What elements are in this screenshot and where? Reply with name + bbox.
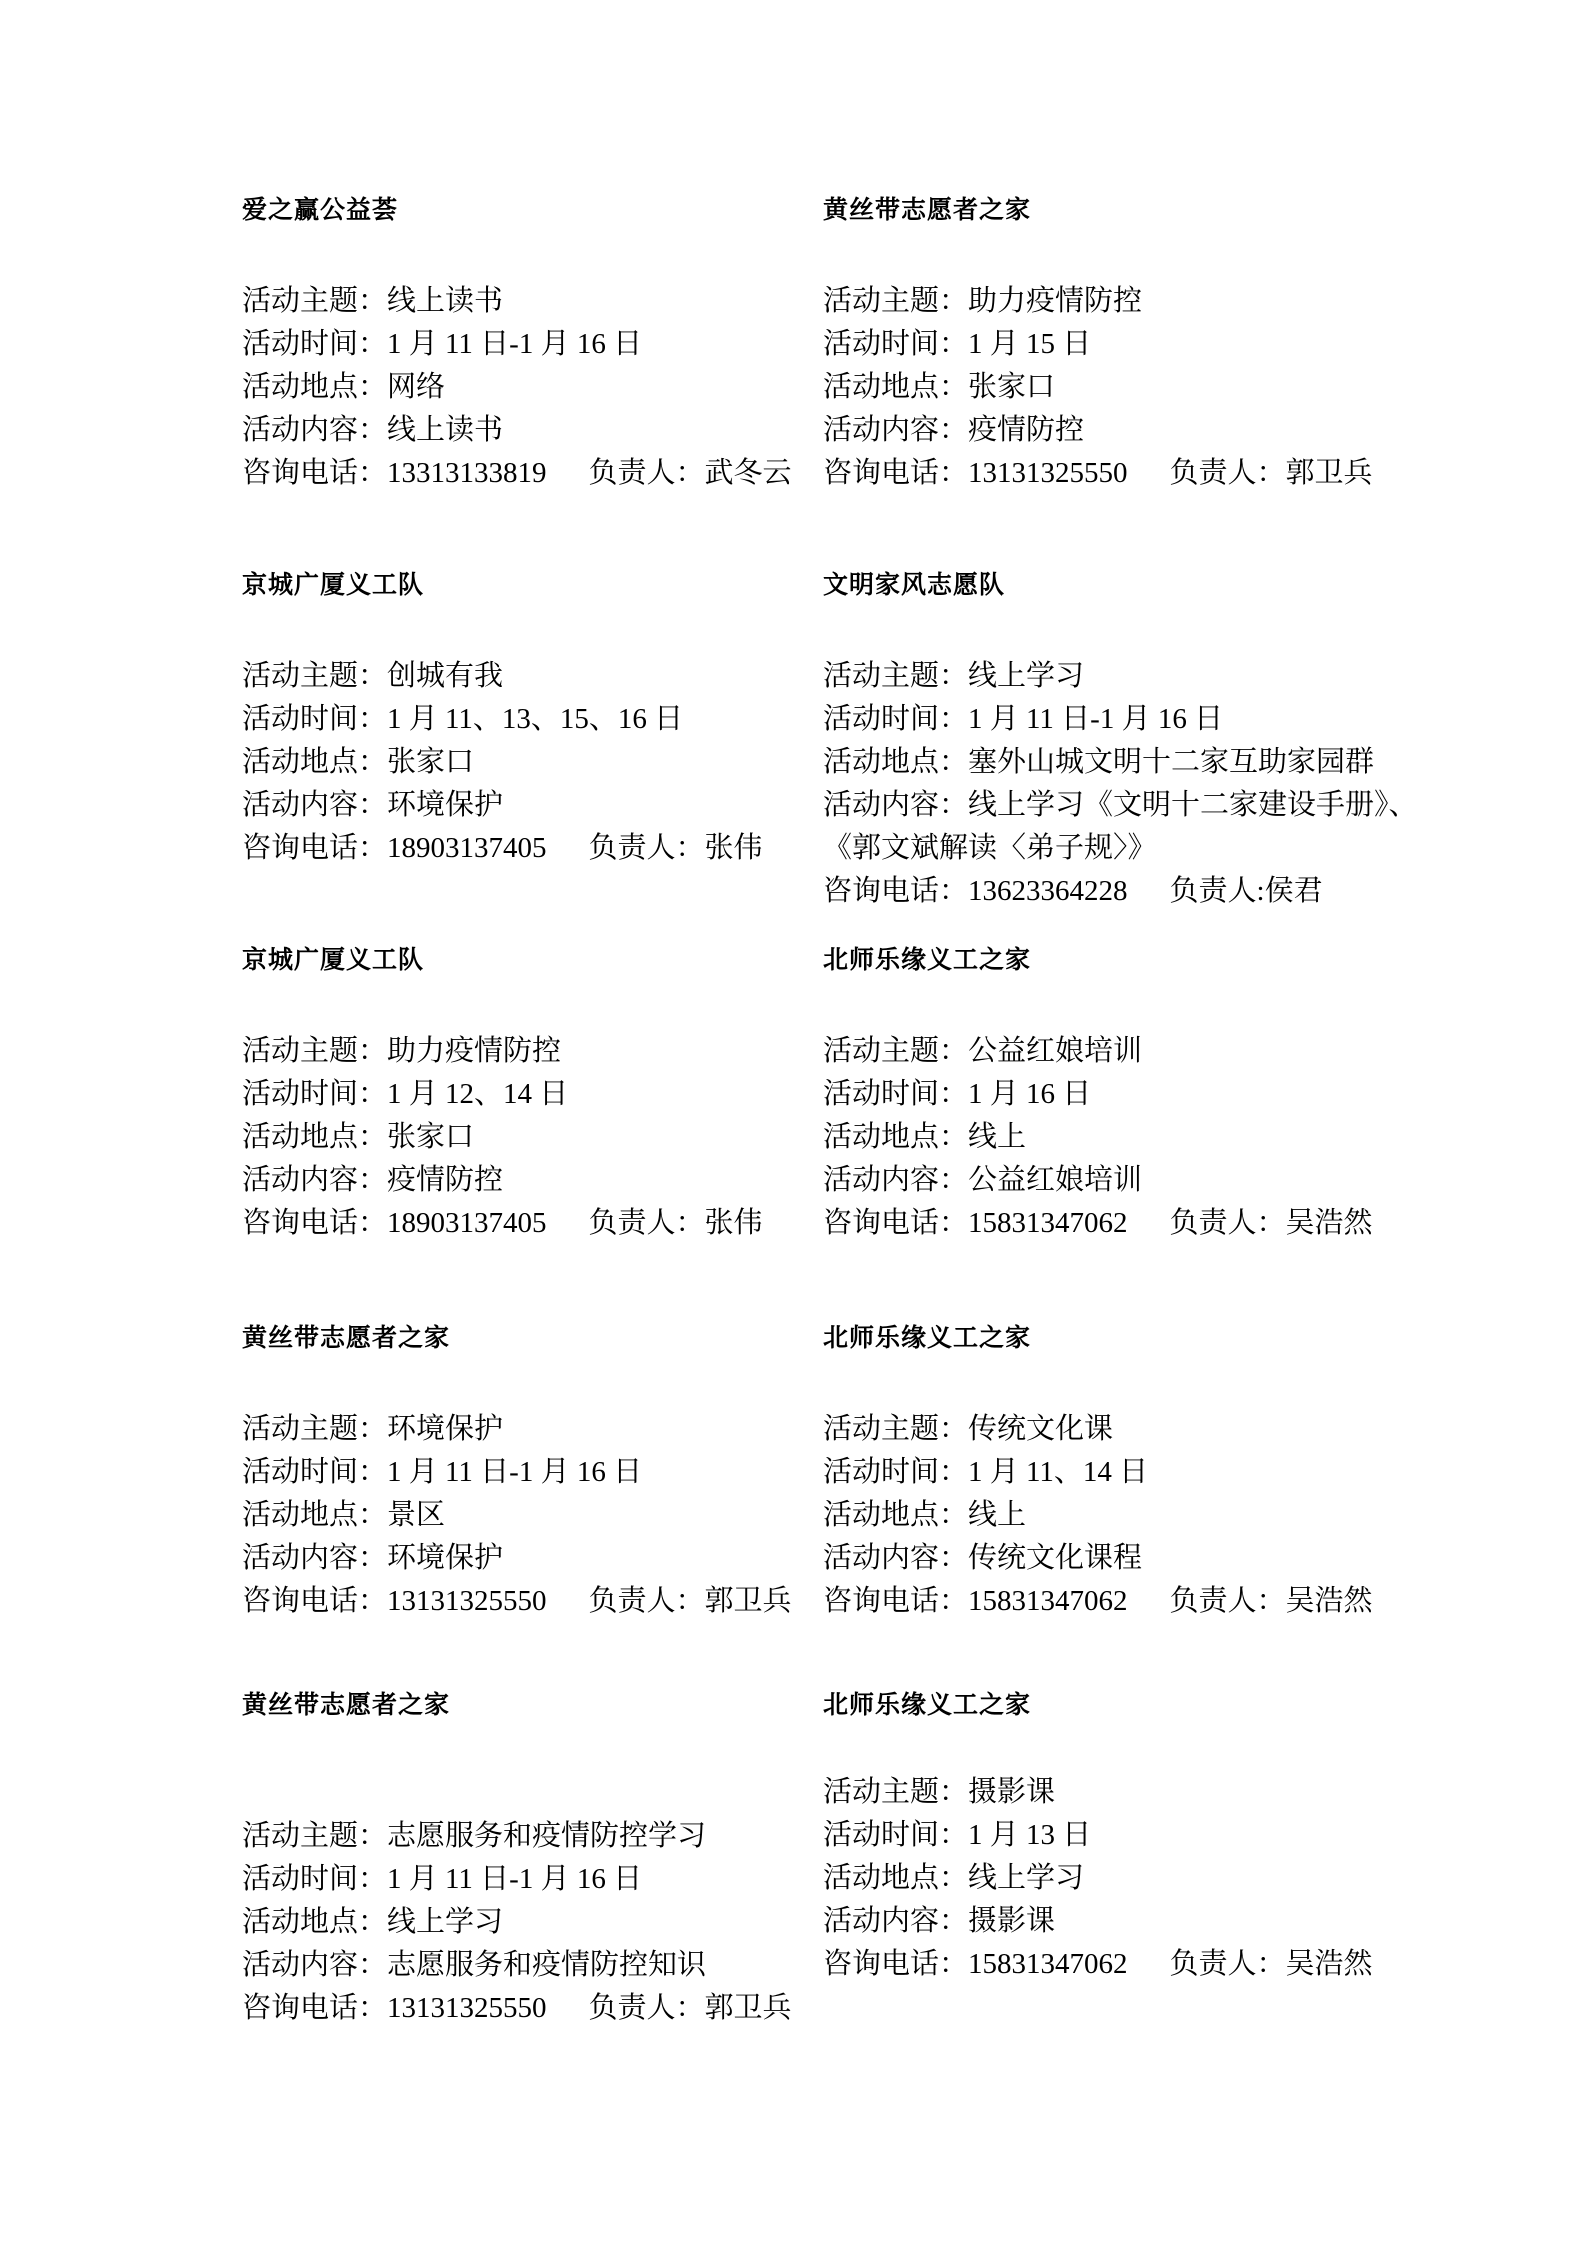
place-line: 活动地点：线上学习 — [823, 1857, 1463, 1900]
content-line: 活动内容：志愿服务和疫情防控知识 — [242, 1944, 882, 1987]
activity-block: 北师乐缘义工之家 活动主题：公益红娘培训 活动时间：1 月 16 日 活动地点：… — [823, 940, 1463, 1245]
activity-block: 爱之赢公益荟 活动主题：线上读书 活动时间：1 月 11 日-1 月 16 日 … — [242, 190, 882, 495]
org-title: 黄丝带志愿者之家 — [242, 1318, 882, 1360]
phone-line: 咨询电话：15831347062 负责人：吴浩然 — [823, 1580, 1463, 1623]
theme-line: 活动主题：助力疫情防控 — [242, 1030, 882, 1073]
manager-name: 负责人：张伟 — [589, 827, 763, 870]
time-line: 活动时间：1 月 16 日 — [823, 1073, 1463, 1116]
phone-line: 咨询电话：15831347062 负责人：吴浩然 — [823, 1943, 1463, 1986]
phone-line: 咨询电话：13313133819 负责人：武冬云 — [242, 452, 882, 495]
org-title: 京城广厦义工队 — [242, 565, 882, 607]
activity-block: 京城广厦义工队 活动主题：创城有我 活动时间：1 月 11、13、15、16 日… — [242, 565, 882, 870]
content-line: 活动内容：公益红娘培训 — [823, 1159, 1463, 1202]
content-line: 活动内容：疫情防控 — [242, 1159, 882, 1202]
org-title: 京城广厦义工队 — [242, 940, 882, 982]
time-line: 活动时间：1 月 13 日 — [823, 1814, 1463, 1857]
content-line: 活动内容：摄影课 — [823, 1900, 1463, 1943]
place-line: 活动地点：线上 — [823, 1116, 1463, 1159]
place-line: 活动地点：张家口 — [242, 741, 882, 784]
phone-line: 咨询电话：13131325550 负责人：郭卫兵 — [242, 1580, 882, 1623]
activity-details: 活动主题：线上学习 活动时间：1 月 11 日-1 月 16 日 活动地点：塞外… — [823, 655, 1463, 913]
phone-number: 咨询电话：15831347062 — [823, 1943, 1128, 1986]
manager-name: 负责人:侯君 — [1170, 870, 1323, 913]
manager-name: 负责人：张伟 — [589, 1202, 763, 1245]
phone-line: 咨询电话：18903137405 负责人：张伟 — [242, 1202, 882, 1245]
phone-line: 咨询电话：18903137405 负责人：张伟 — [242, 827, 882, 870]
content-line: 活动内容：环境保护 — [242, 1537, 882, 1580]
activity-block: 黄丝带志愿者之家 活动主题：志愿服务和疫情防控学习 活动时间：1 月 11 日-… — [242, 1685, 882, 2030]
place-line: 活动地点：线上学习 — [242, 1901, 882, 1944]
activity-details: 活动主题：志愿服务和疫情防控学习 活动时间：1 月 11 日-1 月 16 日 … — [242, 1815, 882, 2030]
content-line: 活动内容：线上学习《文明十二家建设手册》、 — [823, 784, 1463, 827]
theme-line: 活动主题：线上学习 — [823, 655, 1463, 698]
manager-name: 负责人：吴浩然 — [1170, 1580, 1373, 1623]
manager-name: 负责人：郭卫兵 — [1170, 452, 1373, 495]
phone-number: 咨询电话：13131325550 — [242, 1580, 547, 1623]
place-line: 活动地点：线上 — [823, 1494, 1463, 1537]
phone-number: 咨询电话：13313133819 — [242, 452, 547, 495]
activity-details: 活动主题：创城有我 活动时间：1 月 11、13、15、16 日 活动地点：张家… — [242, 655, 882, 870]
theme-line: 活动主题：创城有我 — [242, 655, 882, 698]
content-line-continued: 《郭文斌解读〈弟子规〉》 — [823, 827, 1463, 870]
theme-line: 活动主题：传统文化课 — [823, 1408, 1463, 1451]
content-line: 活动内容：传统文化课程 — [823, 1537, 1463, 1580]
org-title: 黄丝带志愿者之家 — [823, 190, 1463, 232]
phone-line: 咨询电话：13623364228 负责人:侯君 — [823, 870, 1463, 913]
document-page: 爱之赢公益荟 活动主题：线上读书 活动时间：1 月 11 日-1 月 16 日 … — [0, 0, 1587, 2245]
activity-block: 京城广厦义工队 活动主题：助力疫情防控 活动时间：1 月 12、14 日 活动地… — [242, 940, 882, 1245]
content-line: 活动内容：环境保护 — [242, 784, 882, 827]
phone-number: 咨询电话：13131325550 — [242, 1987, 547, 2030]
phone-number: 咨询电话：18903137405 — [242, 1202, 547, 1245]
activity-details: 活动主题：传统文化课 活动时间：1 月 11、14 日 活动地点：线上 活动内容… — [823, 1408, 1463, 1623]
manager-name: 负责人：郭卫兵 — [589, 1580, 792, 1623]
activity-block: 北师乐缘义工之家 活动主题：摄影课 活动时间：1 月 13 日 活动地点：线上学… — [823, 1685, 1463, 1986]
content-line: 活动内容：线上读书 — [242, 409, 882, 452]
theme-line: 活动主题：公益红娘培训 — [823, 1030, 1463, 1073]
time-line: 活动时间：1 月 12、14 日 — [242, 1073, 882, 1116]
content-line: 活动内容：疫情防控 — [823, 409, 1463, 452]
manager-name: 负责人：武冬云 — [589, 452, 792, 495]
time-line: 活动时间：1 月 11 日-1 月 16 日 — [242, 1858, 882, 1901]
manager-name: 负责人：郭卫兵 — [589, 1987, 792, 2030]
time-line: 活动时间：1 月 11、13、15、16 日 — [242, 698, 882, 741]
phone-number: 咨询电话：18903137405 — [242, 827, 547, 870]
activity-details: 活动主题：助力疫情防控 活动时间：1 月 15 日 活动地点：张家口 活动内容：… — [823, 280, 1463, 495]
activity-details: 活动主题：线上读书 活动时间：1 月 11 日-1 月 16 日 活动地点：网络… — [242, 280, 882, 495]
phone-number: 咨询电话：15831347062 — [823, 1580, 1128, 1623]
time-line: 活动时间：1 月 11 日-1 月 16 日 — [242, 1451, 882, 1494]
phone-line: 咨询电话：13131325550 负责人：郭卫兵 — [823, 452, 1463, 495]
theme-line: 活动主题：志愿服务和疫情防控学习 — [242, 1815, 882, 1858]
place-line: 活动地点：景区 — [242, 1494, 882, 1537]
org-title: 北师乐缘义工之家 — [823, 1685, 1463, 1727]
phone-line: 咨询电话：13131325550 负责人：郭卫兵 — [242, 1987, 882, 2030]
phone-line: 咨询电话：15831347062 负责人：吴浩然 — [823, 1202, 1463, 1245]
activity-details: 活动主题：环境保护 活动时间：1 月 11 日-1 月 16 日 活动地点：景区… — [242, 1408, 882, 1623]
theme-line: 活动主题：摄影课 — [823, 1771, 1463, 1814]
activity-details: 活动主题：公益红娘培训 活动时间：1 月 16 日 活动地点：线上 活动内容：公… — [823, 1030, 1463, 1245]
activity-block: 黄丝带志愿者之家 活动主题：助力疫情防控 活动时间：1 月 15 日 活动地点：… — [823, 190, 1463, 495]
time-line: 活动时间：1 月 15 日 — [823, 323, 1463, 366]
time-line: 活动时间：1 月 11、14 日 — [823, 1451, 1463, 1494]
activity-block: 文明家风志愿队 活动主题：线上学习 活动时间：1 月 11 日-1 月 16 日… — [823, 565, 1463, 913]
place-line: 活动地点：塞外山城文明十二家互助家园群 — [823, 741, 1463, 784]
org-title: 爱之赢公益荟 — [242, 190, 882, 232]
phone-number: 咨询电话：13131325550 — [823, 452, 1128, 495]
org-title: 文明家风志愿队 — [823, 565, 1463, 607]
theme-line: 活动主题：线上读书 — [242, 280, 882, 323]
place-line: 活动地点：张家口 — [823, 366, 1463, 409]
activity-block: 黄丝带志愿者之家 活动主题：环境保护 活动时间：1 月 11 日-1 月 16 … — [242, 1318, 882, 1623]
manager-name: 负责人：吴浩然 — [1170, 1943, 1373, 1986]
activity-block: 北师乐缘义工之家 活动主题：传统文化课 活动时间：1 月 11、14 日 活动地… — [823, 1318, 1463, 1623]
time-line: 活动时间：1 月 11 日-1 月 16 日 — [242, 323, 882, 366]
phone-number: 咨询电话：13623364228 — [823, 870, 1128, 913]
org-title: 黄丝带志愿者之家 — [242, 1685, 882, 1727]
manager-name: 负责人：吴浩然 — [1170, 1202, 1373, 1245]
activity-details: 活动主题：摄影课 活动时间：1 月 13 日 活动地点：线上学习 活动内容：摄影… — [823, 1771, 1463, 1986]
org-title: 北师乐缘义工之家 — [823, 940, 1463, 982]
place-line: 活动地点：张家口 — [242, 1116, 882, 1159]
place-line: 活动地点：网络 — [242, 366, 882, 409]
org-title: 北师乐缘义工之家 — [823, 1318, 1463, 1360]
time-line: 活动时间：1 月 11 日-1 月 16 日 — [823, 698, 1463, 741]
phone-number: 咨询电话：15831347062 — [823, 1202, 1128, 1245]
theme-line: 活动主题：环境保护 — [242, 1408, 882, 1451]
theme-line: 活动主题：助力疫情防控 — [823, 280, 1463, 323]
activity-details: 活动主题：助力疫情防控 活动时间：1 月 12、14 日 活动地点：张家口 活动… — [242, 1030, 882, 1245]
